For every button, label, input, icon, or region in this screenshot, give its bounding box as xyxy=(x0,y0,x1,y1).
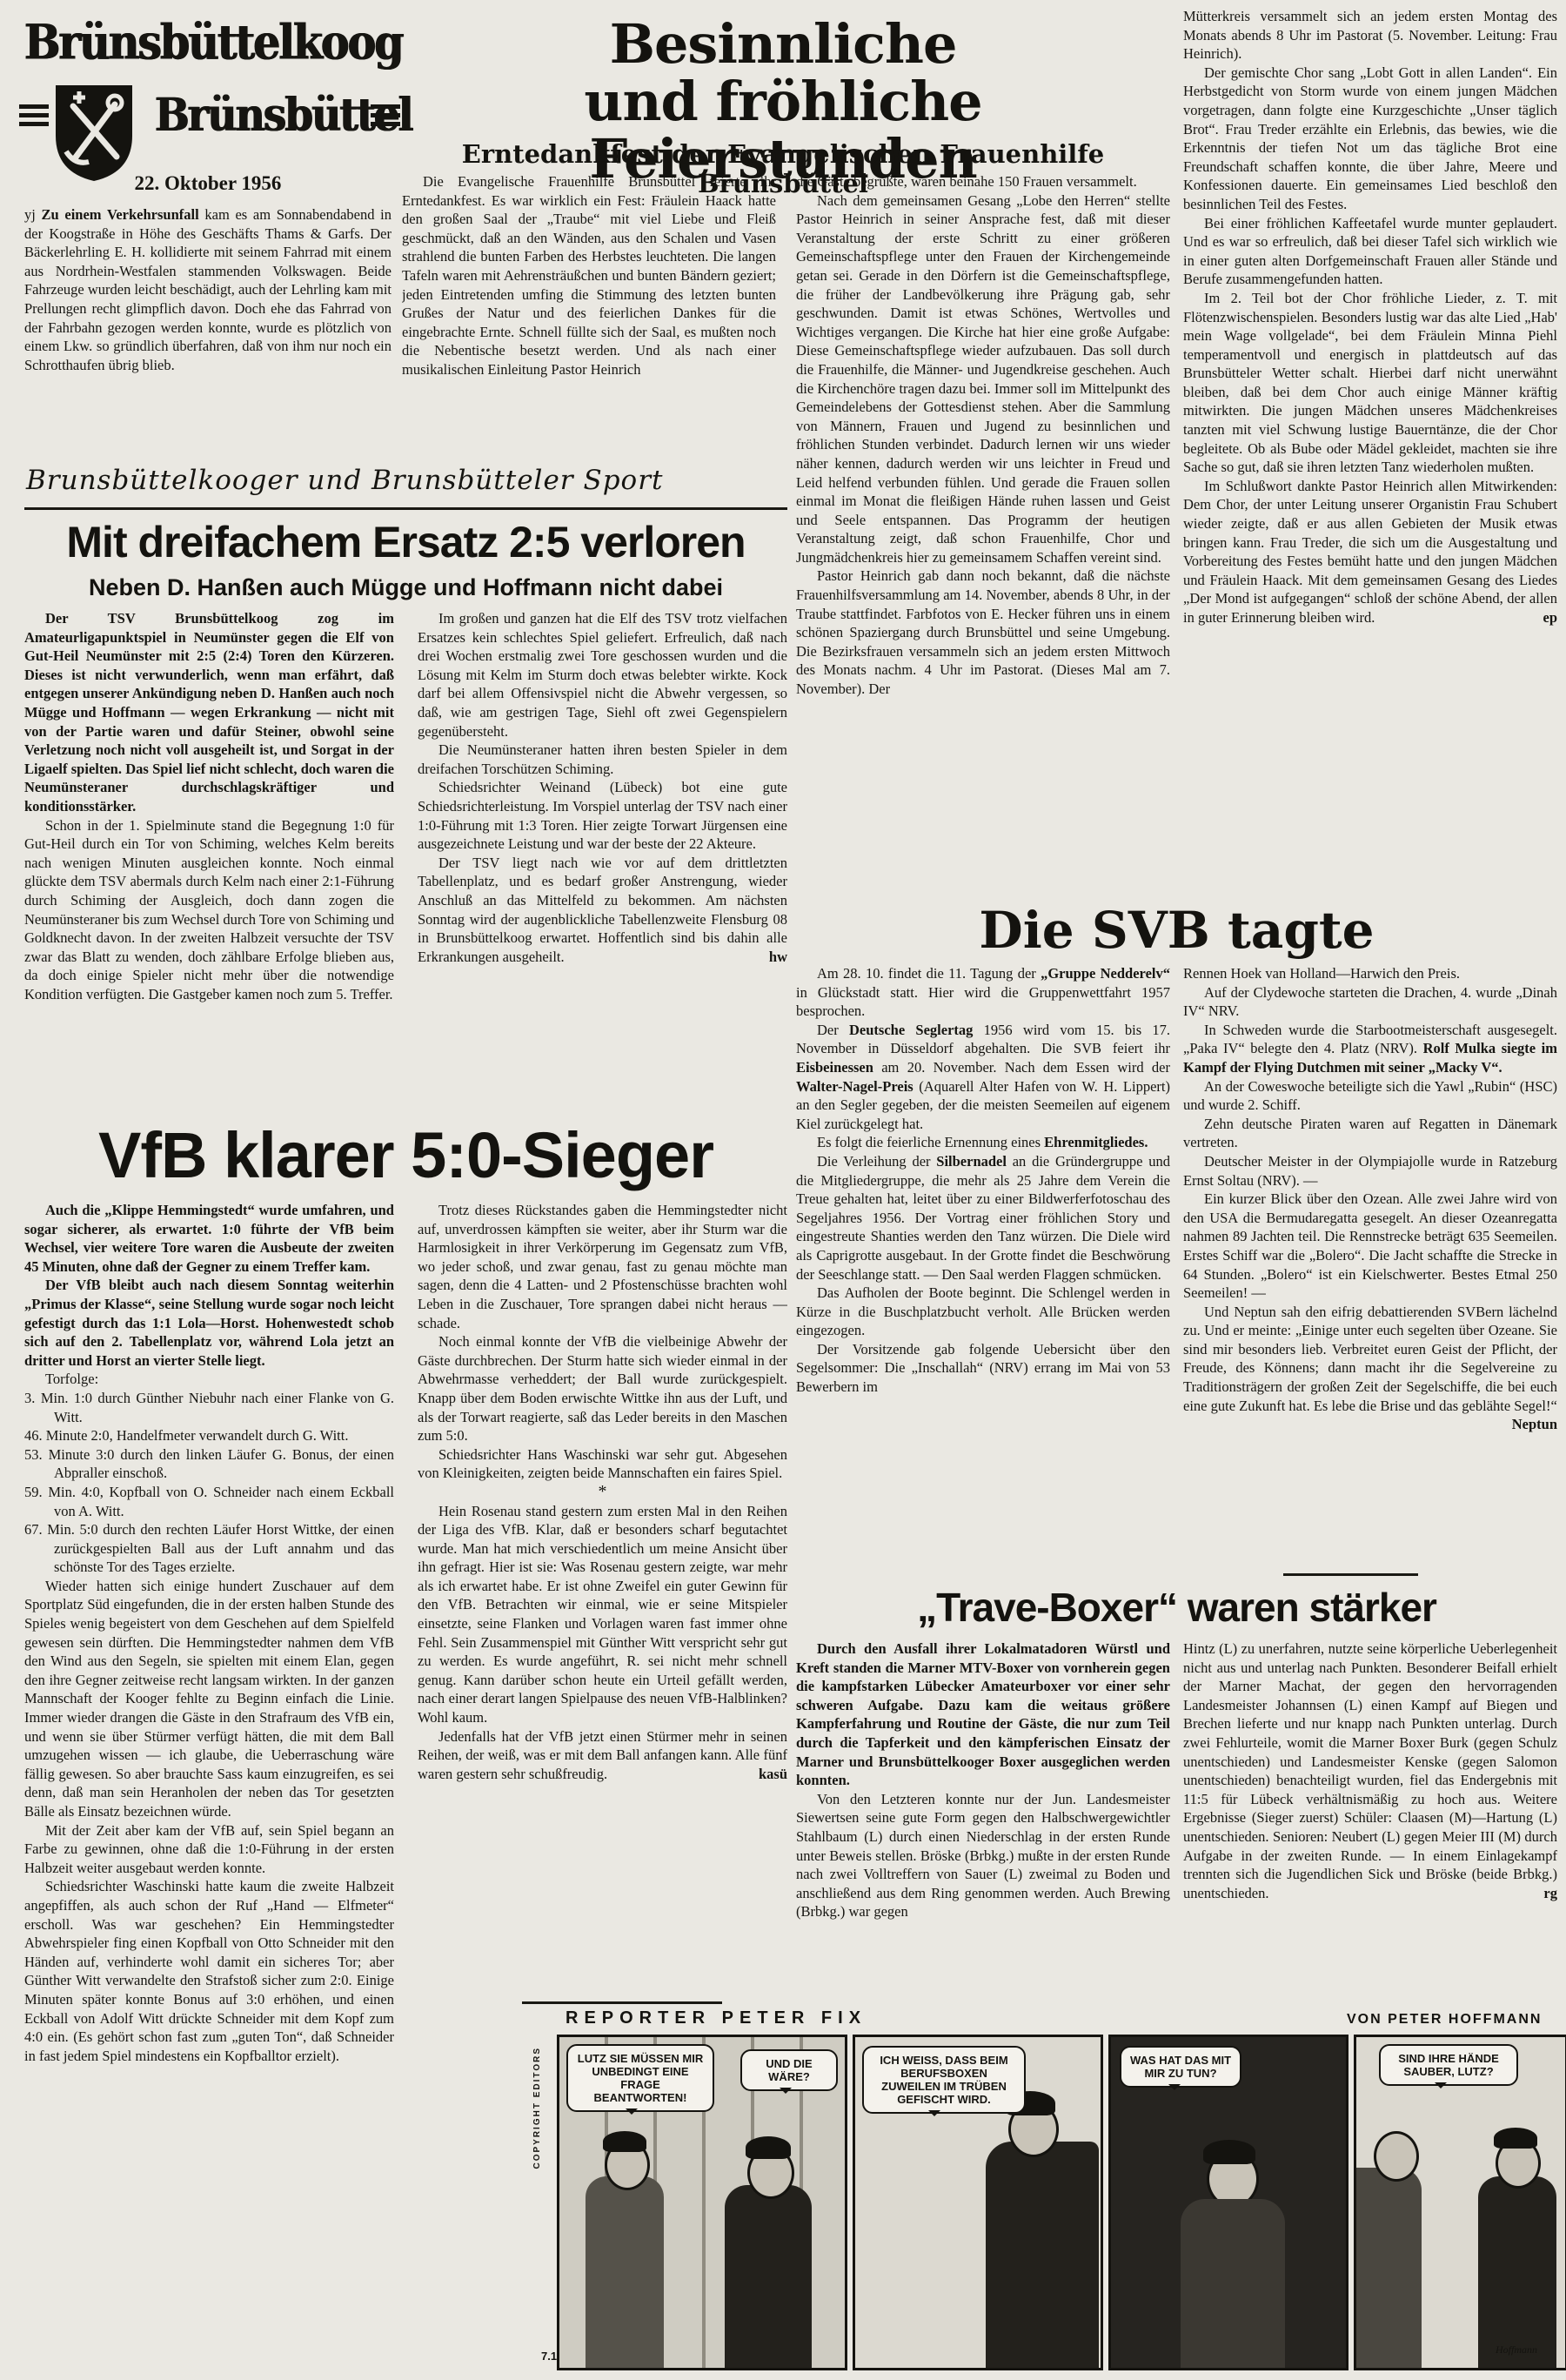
paragraph: die Gäste begrüßte, waren beinahe 150 Fr… xyxy=(796,172,1170,191)
comic-figure-hair xyxy=(1203,2140,1255,2164)
paragraph: Jedenfalls hat der VfB jetzt einen Stürm… xyxy=(418,1727,787,1784)
comic-panel-3: WAS HAT DAS MIT MIR ZU TUN? xyxy=(1108,2035,1348,2370)
comic-figure xyxy=(725,2185,812,2368)
svb-headline: Die SVB tagte xyxy=(796,901,1557,960)
paragraph: Es folgt die feierliche Ernennung eines … xyxy=(796,1133,1170,1152)
paragraph: Rennen Hoek van Holland—Harwich den Prei… xyxy=(1183,964,1557,983)
paragraph: Mütterkreis versammelt sich an jedem ers… xyxy=(1183,7,1557,64)
comic-panel-1: LUTZ SIE MÜSSEN MIR UNBEDINGT EINE FRAGE… xyxy=(557,2035,847,2370)
paragraph: Auch die „Klippe Hemmingstedt“ wurde umf… xyxy=(24,1201,394,1276)
paragraph: Die Verleihung der Silbernadel an die Gr… xyxy=(796,1152,1170,1284)
paragraph: Der gemischte Chor sang „Lobt Gott in al… xyxy=(1183,64,1557,214)
tsv-subhead: Neben D. Hanßen auch Mügge und Hoffmann … xyxy=(24,574,787,601)
masthead-crest-icon xyxy=(50,82,137,184)
paragraph: Noch einmal konnte der VfB die vielbeini… xyxy=(418,1332,787,1445)
byline: ep xyxy=(1512,608,1558,627)
svb-end-divider xyxy=(1283,1573,1418,1576)
vfb-column-1: Auch die „Klippe Hemmingstedt“ wurde umf… xyxy=(24,1201,394,2376)
erntedank-column-3: Mütterkreis versammelt sich an jedem ers… xyxy=(1183,7,1557,896)
paragraph: Die Neumünsteraner hatten ihren besten S… xyxy=(418,741,787,778)
erntedank-headline-line1: Besinnliche xyxy=(396,16,1170,73)
comic-figure-hair xyxy=(746,2136,791,2159)
paragraph: Von den Letzteren konnte nur der Jun. La… xyxy=(796,1790,1170,1921)
boxer-column-2: Hintz (L) zu unerfahren, nutzte seine kö… xyxy=(1183,1639,1557,2008)
tsv-column-1: Der TSV Brunsbüttelkoog zog im Amateurli… xyxy=(24,609,394,1105)
news-brief: yj Zu einem Verkehrsunfall kam es am Son… xyxy=(24,205,391,471)
svb-column-2: Rennen Hoek van Holland—Harwich den Prei… xyxy=(1183,964,1557,1566)
speech-bubble: WAS HAT DAS MIT MIR ZU TUN? xyxy=(1120,2046,1241,2088)
byline: kasü xyxy=(727,1765,787,1784)
paragraph: 3. Min. 1:0 durch Günther Niebuhr nach e… xyxy=(24,1389,394,1426)
paragraph: Trotz dieses Rückstandes gaben die Hemmi… xyxy=(418,1201,787,1332)
svb-column-1: Am 28. 10. findet die 11. Tagung der „Gr… xyxy=(796,964,1170,1573)
newspaper-page: Brünsbüttelkoog Brünsbüttel 22. Oktober … xyxy=(0,0,1566,2380)
paragraph: Der Deutsche Seglertag 1956 wird vom 15.… xyxy=(796,1021,1170,1134)
paragraph: * xyxy=(418,1483,787,1502)
vfb-headline: VfB klarer 5:0-Sieger xyxy=(24,1118,787,1192)
boxer-headline: „Trave-Boxer“ waren stärker xyxy=(796,1584,1557,1631)
comic-panel-2: ICH WEISS, DASS BEIM BERUFSBOXEN ZUWEILE… xyxy=(853,2035,1103,2370)
paragraph: Am 28. 10. findet die 11. Tagung der „Gr… xyxy=(796,964,1170,1021)
paragraph: Der TSV liegt nach wie vor auf dem dritt… xyxy=(418,854,787,967)
erntedank-column-1: Die Evangelische Frauenhilfe Brunsbüttel… xyxy=(402,172,776,466)
paragraph: Im 2. Teil bot der Chor fröhliche Lieder… xyxy=(1183,289,1557,477)
vfb-end-divider xyxy=(522,2001,722,2004)
issue-date: 22. Oktober 1956 xyxy=(24,172,391,195)
paragraph: In Schweden wurde die Starbootmeistersch… xyxy=(1183,1021,1557,1077)
paragraph: Schiedsrichter Waschinski hatte kaum die… xyxy=(24,1877,394,2065)
paragraph: Wieder hatten sich einige hundert Zuscha… xyxy=(24,1577,394,1821)
paragraph: Mit der Zeit aber kam der VfB auf, sein … xyxy=(24,1821,394,1878)
masthead-title-line1: Brünsbüttelkoog xyxy=(24,14,393,70)
paragraph: Bei einer fröhlichen Kaffeetafel wurde m… xyxy=(1183,214,1557,289)
byline: Neptun xyxy=(1481,1415,1557,1434)
comic-figure xyxy=(1354,2168,1422,2368)
comic-figure xyxy=(986,2142,1099,2368)
paragraph: Durch den Ausfall ihrer Lokalmatadoren W… xyxy=(796,1639,1170,1790)
comic-issue-number: 7.1 xyxy=(541,2350,557,2363)
tsv-column-2: Im großen und ganzen hat die Elf des TSV… xyxy=(418,609,787,1112)
paragraph: Im großen und ganzen hat die Elf des TSV… xyxy=(418,609,787,741)
speech-bubble: UND DIE WÄRE? xyxy=(740,2049,838,2091)
paragraph: Pastor Heinrich gab dann noch bekannt, d… xyxy=(796,567,1170,698)
paragraph: Hintz (L) zu unerfahren, nutzte seine kö… xyxy=(1183,1639,1557,1902)
speech-bubble: ICH WEISS, DASS BEIM BERUFSBOXEN ZUWEILE… xyxy=(862,2046,1026,2114)
boxer-column-1: Durch den Ausfall ihrer Lokalmatadoren W… xyxy=(796,1639,1170,2008)
paragraph: An der Coweswoche beteiligte sich die Ya… xyxy=(1183,1077,1557,1115)
paragraph: Im Schlußwort dankte Pastor Heinrich all… xyxy=(1183,477,1557,627)
paragraph: 53. Minute 3:0 durch den linken Läufer G… xyxy=(24,1445,394,1483)
comic-title-left: REPORTER PETER FIX xyxy=(565,2008,867,2028)
paragraph: Der Vorsitzende gab folgende Uebersicht … xyxy=(796,1340,1170,1397)
erntedank-column-2: die Gäste begrüßte, waren beinahe 150 Fr… xyxy=(796,172,1170,903)
masthead: Brünsbüttelkoog Brünsbüttel xyxy=(24,14,393,64)
paragraph: Schiedsrichter Hans Waschinski war sehr … xyxy=(418,1445,787,1483)
comic-title-right: VON PETER HOFFMANN xyxy=(1347,2012,1542,2028)
comic-figure-hair xyxy=(1494,2128,1537,2149)
comic-figure-head xyxy=(1374,2131,1419,2182)
paragraph: Torfolge: xyxy=(24,1370,394,1389)
paragraph: Und Neptun sah den eifrig debattierenden… xyxy=(1183,1303,1557,1416)
paragraph: Der TSV Brunsbüttelkoog zog im Amateurli… xyxy=(24,609,394,816)
masthead-ornament-left xyxy=(19,104,49,131)
comic-figure-hair xyxy=(603,2131,646,2152)
comic-figure xyxy=(1478,2176,1556,2368)
comic-figure xyxy=(1181,2199,1285,2368)
comic-signature: Hoffmann xyxy=(1496,2343,1537,2357)
byline: rg xyxy=(1533,1884,1557,1903)
paragraph: Nach dem gemeinsamen Gesang „Lobe den He… xyxy=(796,191,1170,567)
paragraph: 67. Min. 5:0 durch den rechten Läufer Ho… xyxy=(24,1520,394,1577)
byline: hw xyxy=(738,948,787,967)
paragraph: Schiedsrichter Weinand (Lübeck) bot eine… xyxy=(418,778,787,853)
comic-panel-4: SIND IHRE HÄNDE SAUBER, LUTZ? Hoffmann xyxy=(1354,2035,1566,2370)
paragraph: Auf der Clydewoche starteten die Drachen… xyxy=(1183,983,1557,1021)
paragraph: Der VfB bleibt auch nach diesem Sonntag … xyxy=(24,1276,394,1370)
speech-bubble: SIND IHRE HÄNDE SAUBER, LUTZ? xyxy=(1379,2044,1518,2086)
comic-figure xyxy=(586,2176,664,2368)
paragraph: Deutscher Meister in der Olympiajolle wu… xyxy=(1183,1152,1557,1190)
tsv-headline: Mit dreifachem Ersatz 2:5 verloren xyxy=(24,517,787,567)
speech-bubble: LUTZ SIE MÜSSEN MIR UNBEDINGT EINE FRAGE… xyxy=(566,2044,714,2112)
paragraph: Hein Rosenau stand gestern zum ersten Ma… xyxy=(418,1502,787,1727)
paragraph: 46. Minute 2:0, Handelfmeter verwandelt … xyxy=(24,1426,394,1445)
sport-section-rule xyxy=(24,507,787,510)
paragraph: 59. Min. 4:0, Kopfball von O. Schneider … xyxy=(24,1483,394,1520)
paragraph: Die Evangelische Frauenhilfe Brunsbüttel… xyxy=(402,172,776,379)
paragraph: Zehn deutsche Piraten waren auf Regatten… xyxy=(1183,1115,1557,1152)
sport-section-label: Brunsbüttelkooger und Brunsbütteler Spor… xyxy=(26,465,787,496)
comic-copyright: COPYRIGHT EDITORS xyxy=(532,2047,546,2169)
paragraph: yj Zu einem Verkehrsunfall kam es am Son… xyxy=(24,205,391,374)
paragraph: Das Aufholen der Boote beginnt. Die Schl… xyxy=(796,1284,1170,1340)
vfb-column-2: Trotz dieses Rückstandes gaben die Hemmi… xyxy=(418,1201,787,1988)
paragraph: Ein kurzer Blick über den Ozean. Alle zw… xyxy=(1183,1190,1557,1303)
paragraph: Schon in der 1. Spielminute stand die Be… xyxy=(24,816,394,1004)
